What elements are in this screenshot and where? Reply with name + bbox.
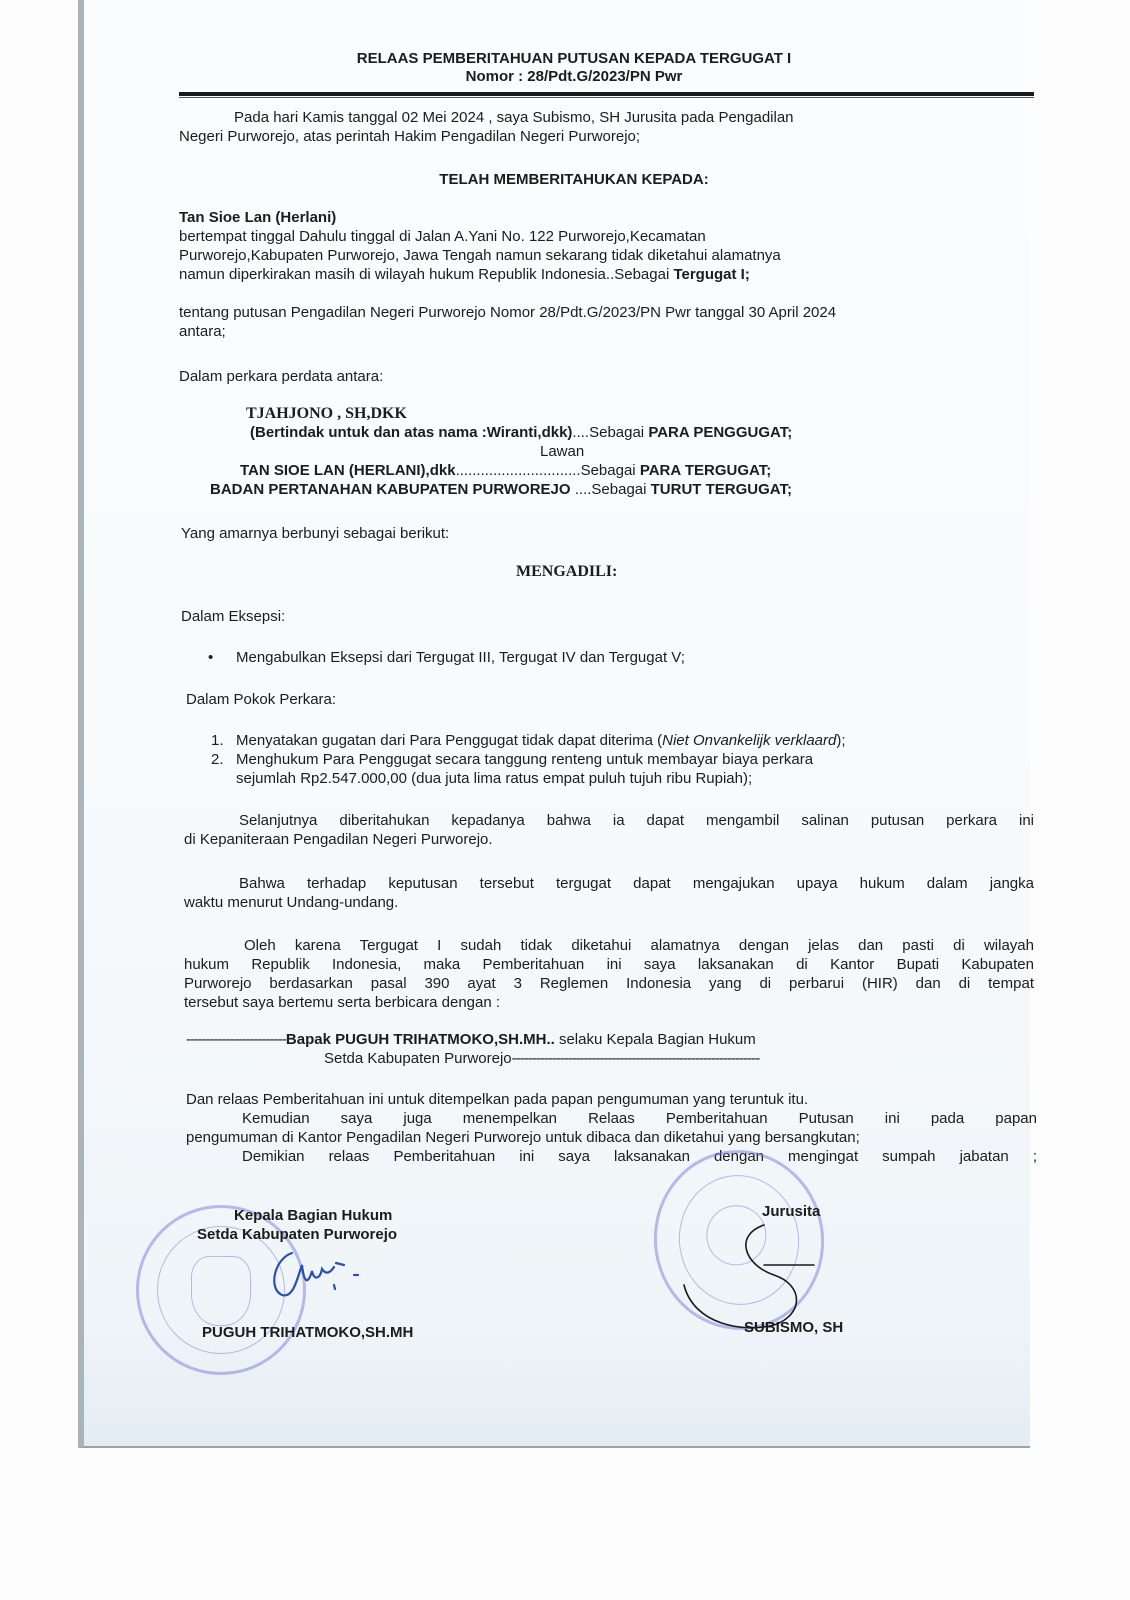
co-defendant-line: BADAN PERTANAHAN KABUPATEN PURWOREJO ...… — [210, 480, 792, 499]
met-with-name: Bapak PUGUH TRIHATMOKO,SH.MH.. — [286, 1031, 555, 1048]
because-paragraph-3: Purworejo berdasarkan pasal 390 ayat 3 R… — [184, 974, 1034, 993]
met-with-line-1: -------------------------Bapak PUGUH TRI… — [186, 1030, 756, 1049]
met-with-dashes-right: ----------------------------------------… — [512, 1050, 760, 1067]
plaintiff-role: PARA PENGGUGAT; — [648, 424, 792, 441]
document-page: RELAAS PEMBERITAHUAN PUTUSAN KEPADA TERG… — [78, 0, 1030, 1448]
case-intro: Dalam perkara perdata antara: — [179, 367, 383, 386]
merits-item-2-text: Menghukum Para Penggugat secara tanggung… — [236, 750, 813, 769]
merits-item-1: Menyatakan gugatan dari Para Penggugat t… — [236, 731, 846, 750]
plaintiff-sebagai: ....Sebagai — [572, 424, 648, 441]
defendant-line: TAN SIOE LAN (HERLANI),dkk..............… — [240, 461, 771, 480]
co-defendant-sebagai: ....Sebagai — [571, 481, 651, 498]
merits-item-2-text2: sejumlah Rp2.547.000,00 (dua juta lima r… — [236, 769, 752, 788]
exception-heading: Dalam Eksepsi: — [181, 607, 285, 626]
left-signer-name: PUGUH TRIHATMOKO,SH.MH — [202, 1323, 413, 1342]
merits-item-1-italic: Niet Onvankelijk verklaard — [662, 732, 836, 749]
recipient-name: Tan Sioe Lan (Herlani) — [179, 208, 336, 227]
verdict-heading: MENGADILI: — [516, 562, 617, 581]
co-defendant-role: TURUT TERGUGAT; — [651, 481, 792, 498]
appeal-paragraph-2: waktu menurut Undang-undang. — [184, 893, 398, 912]
header-rule-thin — [179, 97, 1034, 98]
closing-oath: Demikian relaas Pemberitahuan ini saya l… — [242, 1147, 1037, 1166]
appeal-paragraph-1: Bahwa terhadap keputusan tersebut tergug… — [239, 874, 1034, 893]
defendant-name: TAN SIOE LAN (HERLANI),dkk — [240, 462, 456, 479]
about-line-1: tentang putusan Pengadilan Negeri Purwor… — [179, 303, 836, 322]
met-with-role: selaku Kepala Bagian Hukum — [555, 1031, 756, 1048]
notified-heading: TELAH MEMBERITAHUKAN KEPADA: — [164, 170, 984, 189]
closing-also-1: Kemudian saya juga menempelkan Relaas Pe… — [242, 1109, 1037, 1128]
right-signature-icon — [654, 1215, 854, 1335]
recipient-address-1: bertempat tinggal Dahulu tinggal di Jala… — [179, 227, 706, 246]
intro-line-2: Negeri Purworejo, atas perintah Hakim Pe… — [179, 127, 640, 146]
recipient-role: Tergugat I; — [673, 266, 749, 283]
verdict-intro: Yang amarnya berbunyi sebagai berikut: — [181, 524, 449, 543]
plaintiff-line: (Bertindak untuk dan atas nama :Wiranti,… — [250, 423, 792, 442]
met-with-line-2: Setda Kabupaten Purworejo---------------… — [324, 1049, 759, 1068]
left-signer-title-2: Setda Kabupaten Purworejo — [197, 1225, 397, 1244]
plaintiff-acting: (Bertindak untuk dan atas nama :Wiranti,… — [250, 424, 572, 441]
left-stamp-emblem-icon — [191, 1256, 251, 1326]
because-paragraph-2: hukum Republik Indonesia, maka Pemberita… — [184, 955, 1034, 974]
right-signer-name: SUBISMO, SH — [744, 1318, 843, 1337]
because-paragraph-4: tersebut saya bertemu serta berbicara de… — [184, 993, 500, 1012]
exception-bullet-mark: • — [208, 648, 213, 667]
copy-paragraph-1: Selanjutnya diberitahukan kepadanya bahw… — [239, 811, 1034, 830]
because-paragraph-1: Oleh karena Tergugat I sudah tidak diket… — [244, 936, 1034, 955]
met-with-office: Setda Kabupaten Purworejo — [324, 1050, 512, 1067]
document-title: RELAAS PEMBERITAHUAN PUTUSAN KEPADA TERG… — [164, 50, 984, 68]
closing-also-2: pengumuman di Kantor Pengadilan Negeri P… — [186, 1128, 860, 1147]
merits-item-1-num: 1. — [211, 731, 224, 750]
left-signature-icon — [264, 1245, 374, 1305]
defendant-role: PARA TERGUGAT; — [640, 462, 771, 479]
recipient-address-3: namun diperkirakan masih di wilayah huku… — [179, 265, 750, 284]
met-with-dashes-left: ------------------------- — [186, 1031, 286, 1048]
header-rule — [179, 92, 1034, 96]
merits-item-2-num: 2. — [211, 750, 224, 769]
merits-heading: Dalam Pokok Perkara: — [186, 690, 336, 709]
defendant-sebagai: ..............................Sebagai — [456, 462, 640, 479]
recipient-address-text: namun diperkirakan masih di wilayah huku… — [179, 266, 673, 283]
recipient-address-2: Purworejo,Kabupaten Purworejo, Jawa Teng… — [179, 246, 781, 265]
closing-posted: Dan relaas Pemberitahuan ini untuk ditem… — [186, 1090, 808, 1109]
exception-item: Mengabulkan Eksepsi dari Tergugat III, T… — [236, 648, 685, 667]
intro-line-1: Pada hari Kamis tanggal 02 Mei 2024 , sa… — [234, 108, 794, 127]
co-defendant-name: BADAN PERTANAHAN KABUPATEN PURWOREJO — [210, 481, 571, 498]
copy-paragraph-2: di Kepaniteraan Pengadilan Negeri Purwor… — [184, 830, 493, 849]
plaintiff-name: TJAHJONO , SH,DKK — [246, 404, 407, 423]
about-line-2: antara; — [179, 322, 226, 341]
left-signer-title-1: Kepala Bagian Hukum — [234, 1206, 392, 1225]
merits-item-1-text: Menyatakan gugatan dari Para Penggugat t… — [236, 732, 662, 749]
merits-item-1-tail: ); — [836, 732, 845, 749]
document-number: Nomor : 28/Pdt.G/2023/PN Pwr — [164, 68, 984, 86]
versus-label: Lawan — [540, 442, 584, 461]
